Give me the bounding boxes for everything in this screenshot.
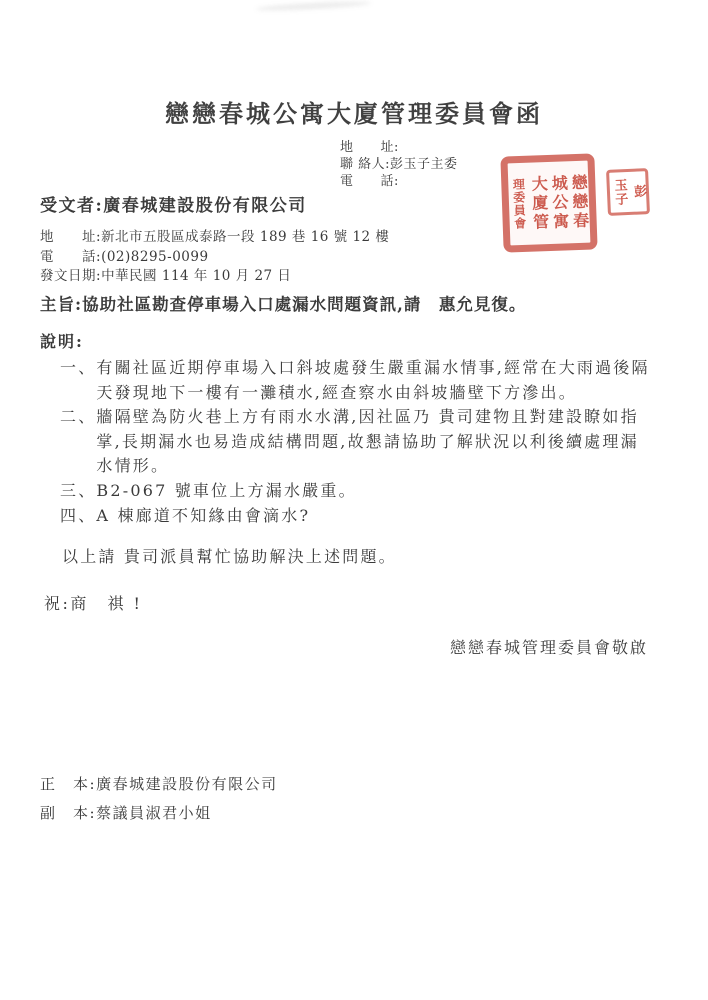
original-copy-value: 廣春城建設股份有限公司 [96,775,278,793]
item-text: 有關社區近期停車場入口斜坡處發生嚴重漏水情事,經常在大雨過後隔天發現地下一樓有一… [96,356,652,405]
blessing-line: 祝:商 祺 ! [44,591,142,614]
name-seal-column-1: 彭 [629,184,649,199]
explanation-items: 一、有關社區近期停車場入口斜坡處發生嚴重漏水情事,經常在大雨過後隔天發現地下一樓… [60,356,652,528]
closing-request: 以上請 貴司派員幫忙協助解決上述問題。 [62,544,397,567]
item-number: 一、 [60,356,96,405]
sender-contact-label: 聯 絡人: [340,157,390,172]
item-number: 三、 [60,479,96,504]
name-seal-column-2: 玉子 [609,178,629,207]
item-text: A 棟廊道不知緣由會滴水? [96,504,652,529]
committee-seal-column-1: 戀戀春 [569,173,589,231]
sender-phone-line: 電 話: [340,173,458,190]
distribution-block: 正 本:廣春城建設股份有限公司 副 本:蔡議員淑君小姐 [40,770,278,827]
recipient-address-line: 地 址:新北市五股區成泰路一段 189 巷 16 號 12 樓 [40,228,389,248]
recipient-address-value: 新北市五股區成泰路一段 189 巷 16 號 12 樓 [101,229,389,245]
sender-contact-value: 彭玉子主委 [390,157,458,172]
list-item: 二、牆隔壁為防火巷上方有雨水水溝,因社區乃 貴司建物且對建設瞭如指掌,長期漏水也… [60,405,652,479]
item-text: B2-067 號車位上方漏水嚴重。 [96,479,652,504]
list-item: 三、B2-067 號車位上方漏水嚴重。 [60,479,652,504]
item-text: 牆隔壁為防火巷上方有雨水水溝,因社區乃 貴司建物且對建設瞭如指掌,長期漏水也易造… [96,405,652,479]
recipient-line: 受文者:廣春城建設股份有限公司 [40,191,307,216]
subject-label: 主旨: [40,295,82,314]
issue-date-line: 發文日期:中華民國 114 年 10 月 27 日 [40,267,389,287]
cc-copy-value: 蔡議員淑君小姐 [96,804,212,822]
committee-seal: 戀戀春 城公寓 大廈管 理委員會 [500,153,597,252]
recipient-address-label: 地 址: [40,229,101,245]
sender-contact-line: 聯 絡人:彭玉子主委 [340,156,458,173]
chairperson-name-seal: 彭 玉子 [606,168,650,216]
issue-date-value: 中華民國 114 年 10 月 27 日 [101,268,291,284]
committee-seal-column-2: 城公寓 [549,174,569,232]
letter-page: 戀戀春城公寓大廈管理委員會函 地 址: 聯 絡人:彭玉子主委 電 話: 戀戀春 … [0,0,708,1000]
committee-seal-column-3: 大廈管 [529,175,549,233]
original-copy-line: 正 本:廣春城建設股份有限公司 [40,770,278,799]
committee-seal-column-4: 理委員會 [509,178,529,231]
list-item: 一、有關社區近期停車場入口斜坡處發生嚴重漏水情事,經常在大雨過後隔天發現地下一樓… [60,356,652,405]
recipient-phone-value: (02)8295-0099 [101,249,209,265]
sender-phone-label: 電 話: [340,174,399,189]
document-meta-block: 地 址:新北市五股區成泰路一段 189 巷 16 號 12 樓 電 話:(02)… [40,228,389,287]
signature-line: 戀戀春城管理委員會敬啟 [450,635,648,658]
sender-address-label: 地 址: [340,140,399,155]
list-item: 四、A 棟廊道不知緣由會滴水? [60,504,652,529]
cc-copy-line: 副 本:蔡議員淑君小姐 [40,799,278,828]
subject-value: 協助社區勘查停車場入口處漏水問題資訊,請 惠允見復。 [82,295,526,314]
cc-copy-label: 副 本: [40,804,96,822]
subject-line: 主旨:協助社區勘查停車場入口處漏水問題資訊,請 惠允見復。 [40,291,526,315]
issue-date-label: 發文日期: [40,268,101,284]
sender-address-line: 地 址: [340,139,458,156]
item-number: 二、 [60,405,96,479]
page-title: 戀戀春城公寓大廈管理委員會函 [0,94,708,129]
item-number: 四、 [60,504,96,529]
sender-contact-block: 地 址: 聯 絡人:彭玉子主委 電 話: [340,139,458,190]
original-copy-label: 正 本: [40,775,96,793]
recipient-value: 廣春城建設股份有限公司 [103,196,307,216]
explanation-section-label: 說明: [40,329,84,352]
recipient-label: 受文者: [40,196,103,216]
recipient-phone-label: 電 話: [40,249,101,265]
scan-artifact [256,0,371,12]
recipient-phone-line: 電 話:(02)8295-0099 [40,248,389,268]
